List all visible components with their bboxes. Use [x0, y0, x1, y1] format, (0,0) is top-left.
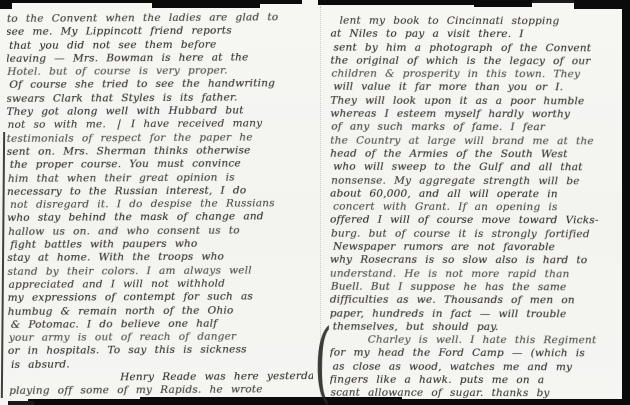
handwritten-line: head of the Armies of the South West [330, 148, 622, 162]
handwritten-line: about 60,000, and all will operate in [330, 187, 622, 201]
scan-edge-right [622, 0, 630, 405]
handwritten-line: burg. but of course it is strongly forti… [331, 227, 622, 241]
handwritten-line: They will look upon it as a poor humble [330, 94, 622, 108]
handwritten-line: why Rosecrans is so slow also is hard to [330, 254, 622, 268]
scanned-letter: to the Convent when the ladies are glad … [0, 0, 630, 405]
handwritten-line: hallow us on. and who consent us to [8, 224, 313, 239]
handwritten-line: the original of which is the legacy of o… [330, 55, 622, 69]
scan-edge-top-segment [260, 0, 302, 4]
handwritten-line: fingers like a hawk. puts me on a [330, 374, 622, 388]
scan-edge-top-segment [152, 0, 260, 8]
handwritten-line: Charley is well. I hate this Regiment [368, 334, 622, 348]
handwritten-line: themselves, but should pay. [333, 320, 622, 334]
handwritten-line: testimonials of respect for the paper he [7, 131, 313, 146]
handwritten-line: understand. He is not more rapid than [330, 267, 622, 281]
handwritten-line: as close as wood, watches me and my [333, 360, 622, 374]
handwritten-line: your army is out of reach of danger [9, 330, 313, 345]
handwritten-line: whereas I esteem myself hardly worthy [330, 108, 622, 122]
handwritten-line: Of course she tried to see the handwriti… [9, 78, 312, 93]
left-page: to the Convent when the ladies are glad … [7, 12, 313, 404]
right-page: lent my book to Cincinnati stoppingat Ni… [330, 15, 622, 405]
handwritten-line: difficulties as we. Thousands of men on [330, 294, 622, 308]
handwritten-line: sent by him a photograph of the Convent [333, 41, 622, 55]
scan-edge-top-segment [0, 0, 152, 3]
scan-edge-top-segment [474, 0, 532, 7]
handwritten-line: at Niles to pay a visit there. I [330, 28, 622, 42]
handwritten-line: appreciated and I will not withhold [8, 277, 313, 292]
handwritten-line: Newspaper rumors are not favorable [333, 241, 622, 255]
scan-edge-top-segment [532, 0, 574, 3]
handwritten-line: concert with Grant. If an opening is [333, 201, 622, 215]
handwritten-line: nonsense. My aggregate strength will be [331, 174, 622, 188]
handwritten-line: scant allowance of sugar. thanks by [330, 387, 621, 401]
scan-edge-top-segment [318, 0, 474, 5]
scan-edge-top-left-corner [0, 0, 12, 9]
handwritten-line: Buell. But I suppose he has the same [331, 281, 622, 295]
handwritten-line: to the Convent when the ladies are glad … [7, 12, 312, 26]
handwritten-line: Henry Reade was here yesterday [120, 370, 313, 384]
left-page-text: to the Convent when the ladies are glad … [7, 12, 313, 399]
handwritten-line: playing off some of my Rapids. he wrote [9, 383, 313, 398]
handwritten-line: not disregard it. I do despise the Russi… [10, 197, 313, 212]
right-page-text: lent my book to Cincinnati stoppingat Ni… [330, 15, 622, 401]
handwritten-line: Hotel. but of course is very proper. [7, 64, 312, 79]
handwritten-line: lent my book to Cincinnati stopping [339, 15, 622, 29]
handwritten-line: paper, hundreds in fact — will trouble [330, 307, 622, 321]
handwritten-line: of any such marks of fame. I fear [331, 121, 622, 135]
page-edge-line [1, 132, 5, 398]
handwritten-line: who will sweep to the Gulf and all that [333, 161, 622, 175]
ink-brace-mark: ( [314, 320, 333, 403]
handwritten-line: children & prosperity in this town. They [331, 68, 622, 82]
handwritten-line: the Country at large will brand me at th… [330, 134, 622, 148]
handwritten-line: for my head the Ford Camp — (which is [330, 347, 622, 361]
handwritten-line: him that when their great opinion is [8, 171, 313, 186]
handwritten-line: will value it far more than you or I. [333, 81, 622, 95]
handwritten-line: offered I will of course move toward Vic… [330, 214, 622, 228]
